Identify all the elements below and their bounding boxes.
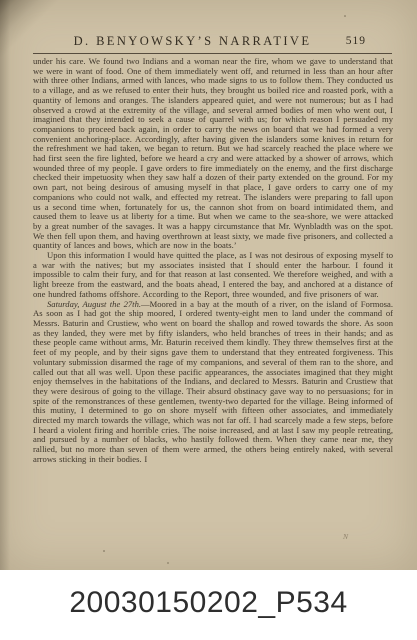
stray-ink-mark: N [343,532,348,541]
dust-speck [167,562,169,564]
paragraph-text: —Moored in a bay at the mouth of a river… [33,299,393,464]
scan-identifier-label: 20030150202_P534 [69,586,347,620]
paragraph: Saturday, August the 27th.—Moored in a b… [33,300,393,465]
scanned-book-photo: D. BENYOWSKY’S NARRATIVE 519 under his c… [0,0,417,640]
journal-date-lead: Saturday, August the 27th. [47,299,141,309]
page-body-text: under his care. We found two Indians and… [33,57,393,465]
scan-label-strip: 20030150202_P534 [0,570,417,640]
paragraph: Upon this information I would have quitt… [33,251,393,300]
book-page: D. BENYOWSKY’S NARRATIVE 519 under his c… [0,0,417,570]
running-head: D. BENYOWSKY’S NARRATIVE 519 [33,0,392,54]
page-left-edge-shade [0,0,10,570]
running-title: D. BENYOWSKY’S NARRATIVE [33,34,352,49]
page-number: 519 [346,35,366,47]
paragraph-continuation: under his care. We found two Indians and… [33,57,393,251]
dust-speck [103,550,105,552]
dust-speck [344,15,346,17]
